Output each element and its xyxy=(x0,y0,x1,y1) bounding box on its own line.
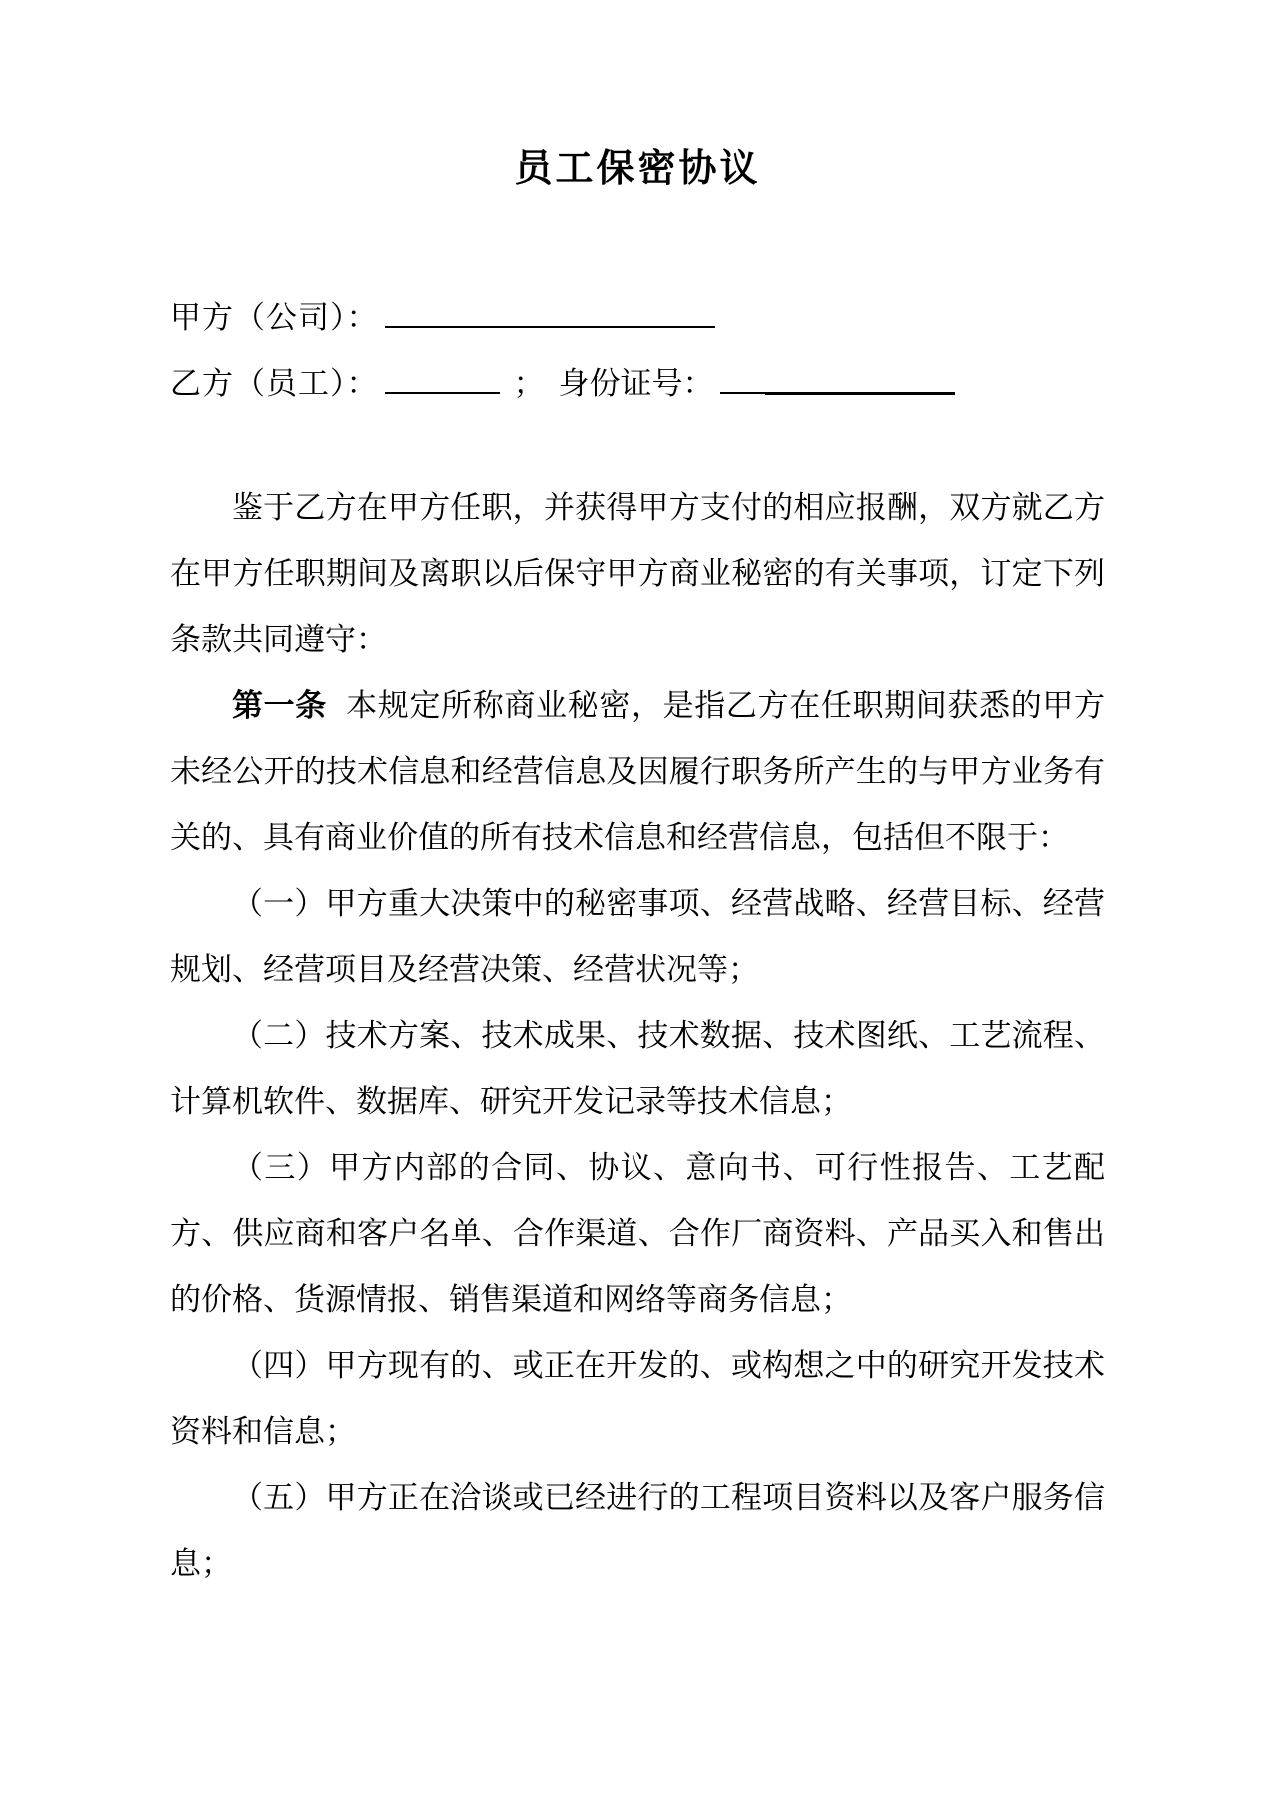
document-page: 员工保密协议 甲方（公司）： 乙方（员工）：；身份证号： 鉴于乙方在甲方任职，并… xyxy=(0,0,1280,1810)
party-b-blank[interactable] xyxy=(385,361,500,394)
preamble-paragraph: 鉴于乙方在甲方任职，并获得甲方支付的相应报酬，双方就乙方在甲方任职期间及离职以后… xyxy=(170,475,1105,673)
id-number-label: 身份证号： xyxy=(559,366,714,401)
clause-number: 第一条 xyxy=(232,688,327,723)
paragraph-text: （五）甲方正在洽谈或已经进行的工程项目资料以及客户服务信息； xyxy=(170,1480,1105,1581)
paragraph-text: （四）甲方现有的、或正在开发的、或构想之中的研究开发技术资料和信息； xyxy=(170,1348,1105,1449)
party-a-blank[interactable] xyxy=(385,295,715,328)
id-number-blank[interactable] xyxy=(720,361,955,394)
party-b-row: 乙方（员工）：；身份证号： xyxy=(170,351,1105,417)
clause-1-paragraph: 第一条本规定所称商业秘密，是指乙方在任职期间获悉的甲方未经公开的技术信息和经营信… xyxy=(170,673,1105,871)
item-1-paragraph: （一）甲方重大决策中的秘密事项、经营战略、经营目标、经营规划、经营项目及经营决策… xyxy=(170,871,1105,1003)
party-section: 甲方（公司）： 乙方（员工）：；身份证号： xyxy=(170,285,1105,417)
paragraph-text: （三）甲方内部的合同、协议、意向书、可行性报告、工艺配方、供应商和客户名单、合作… xyxy=(170,1150,1105,1317)
party-a-row: 甲方（公司）： xyxy=(170,285,1105,351)
party-b-separator: ； xyxy=(514,366,545,401)
item-4-paragraph: （四）甲方现有的、或正在开发的、或构想之中的研究开发技术资料和信息； xyxy=(170,1333,1105,1465)
party-b-label: 乙方（员工）： xyxy=(170,366,379,401)
paragraph-text: （一）甲方重大决策中的秘密事项、经营战略、经营目标、经营规划、经营项目及经营决策… xyxy=(170,886,1105,987)
document-body: 鉴于乙方在甲方任职，并获得甲方支付的相应报酬，双方就乙方在甲方任职期间及离职以后… xyxy=(170,475,1105,1597)
party-a-label: 甲方（公司）： xyxy=(170,300,379,335)
document-content: 员工保密协议 甲方（公司）： 乙方（员工）：；身份证号： 鉴于乙方在甲方任职，并… xyxy=(0,0,1105,1597)
item-3-paragraph: （三）甲方内部的合同、协议、意向书、可行性报告、工艺配方、供应商和客户名单、合作… xyxy=(170,1135,1105,1333)
paragraph-text: 鉴于乙方在甲方任职，并获得甲方支付的相应报酬，双方就乙方在甲方任职期间及离职以后… xyxy=(170,490,1105,657)
item-2-paragraph: （二）技术方案、技术成果、技术数据、技术图纸、工艺流程、计算机软件、数据库、研究… xyxy=(170,1003,1105,1135)
item-5-paragraph: （五）甲方正在洽谈或已经进行的工程项目资料以及客户服务信息； xyxy=(170,1465,1105,1597)
paragraph-text: （二）技术方案、技术成果、技术数据、技术图纸、工艺流程、计算机软件、数据库、研究… xyxy=(170,1018,1105,1119)
document-title: 员工保密协议 xyxy=(170,138,1105,200)
